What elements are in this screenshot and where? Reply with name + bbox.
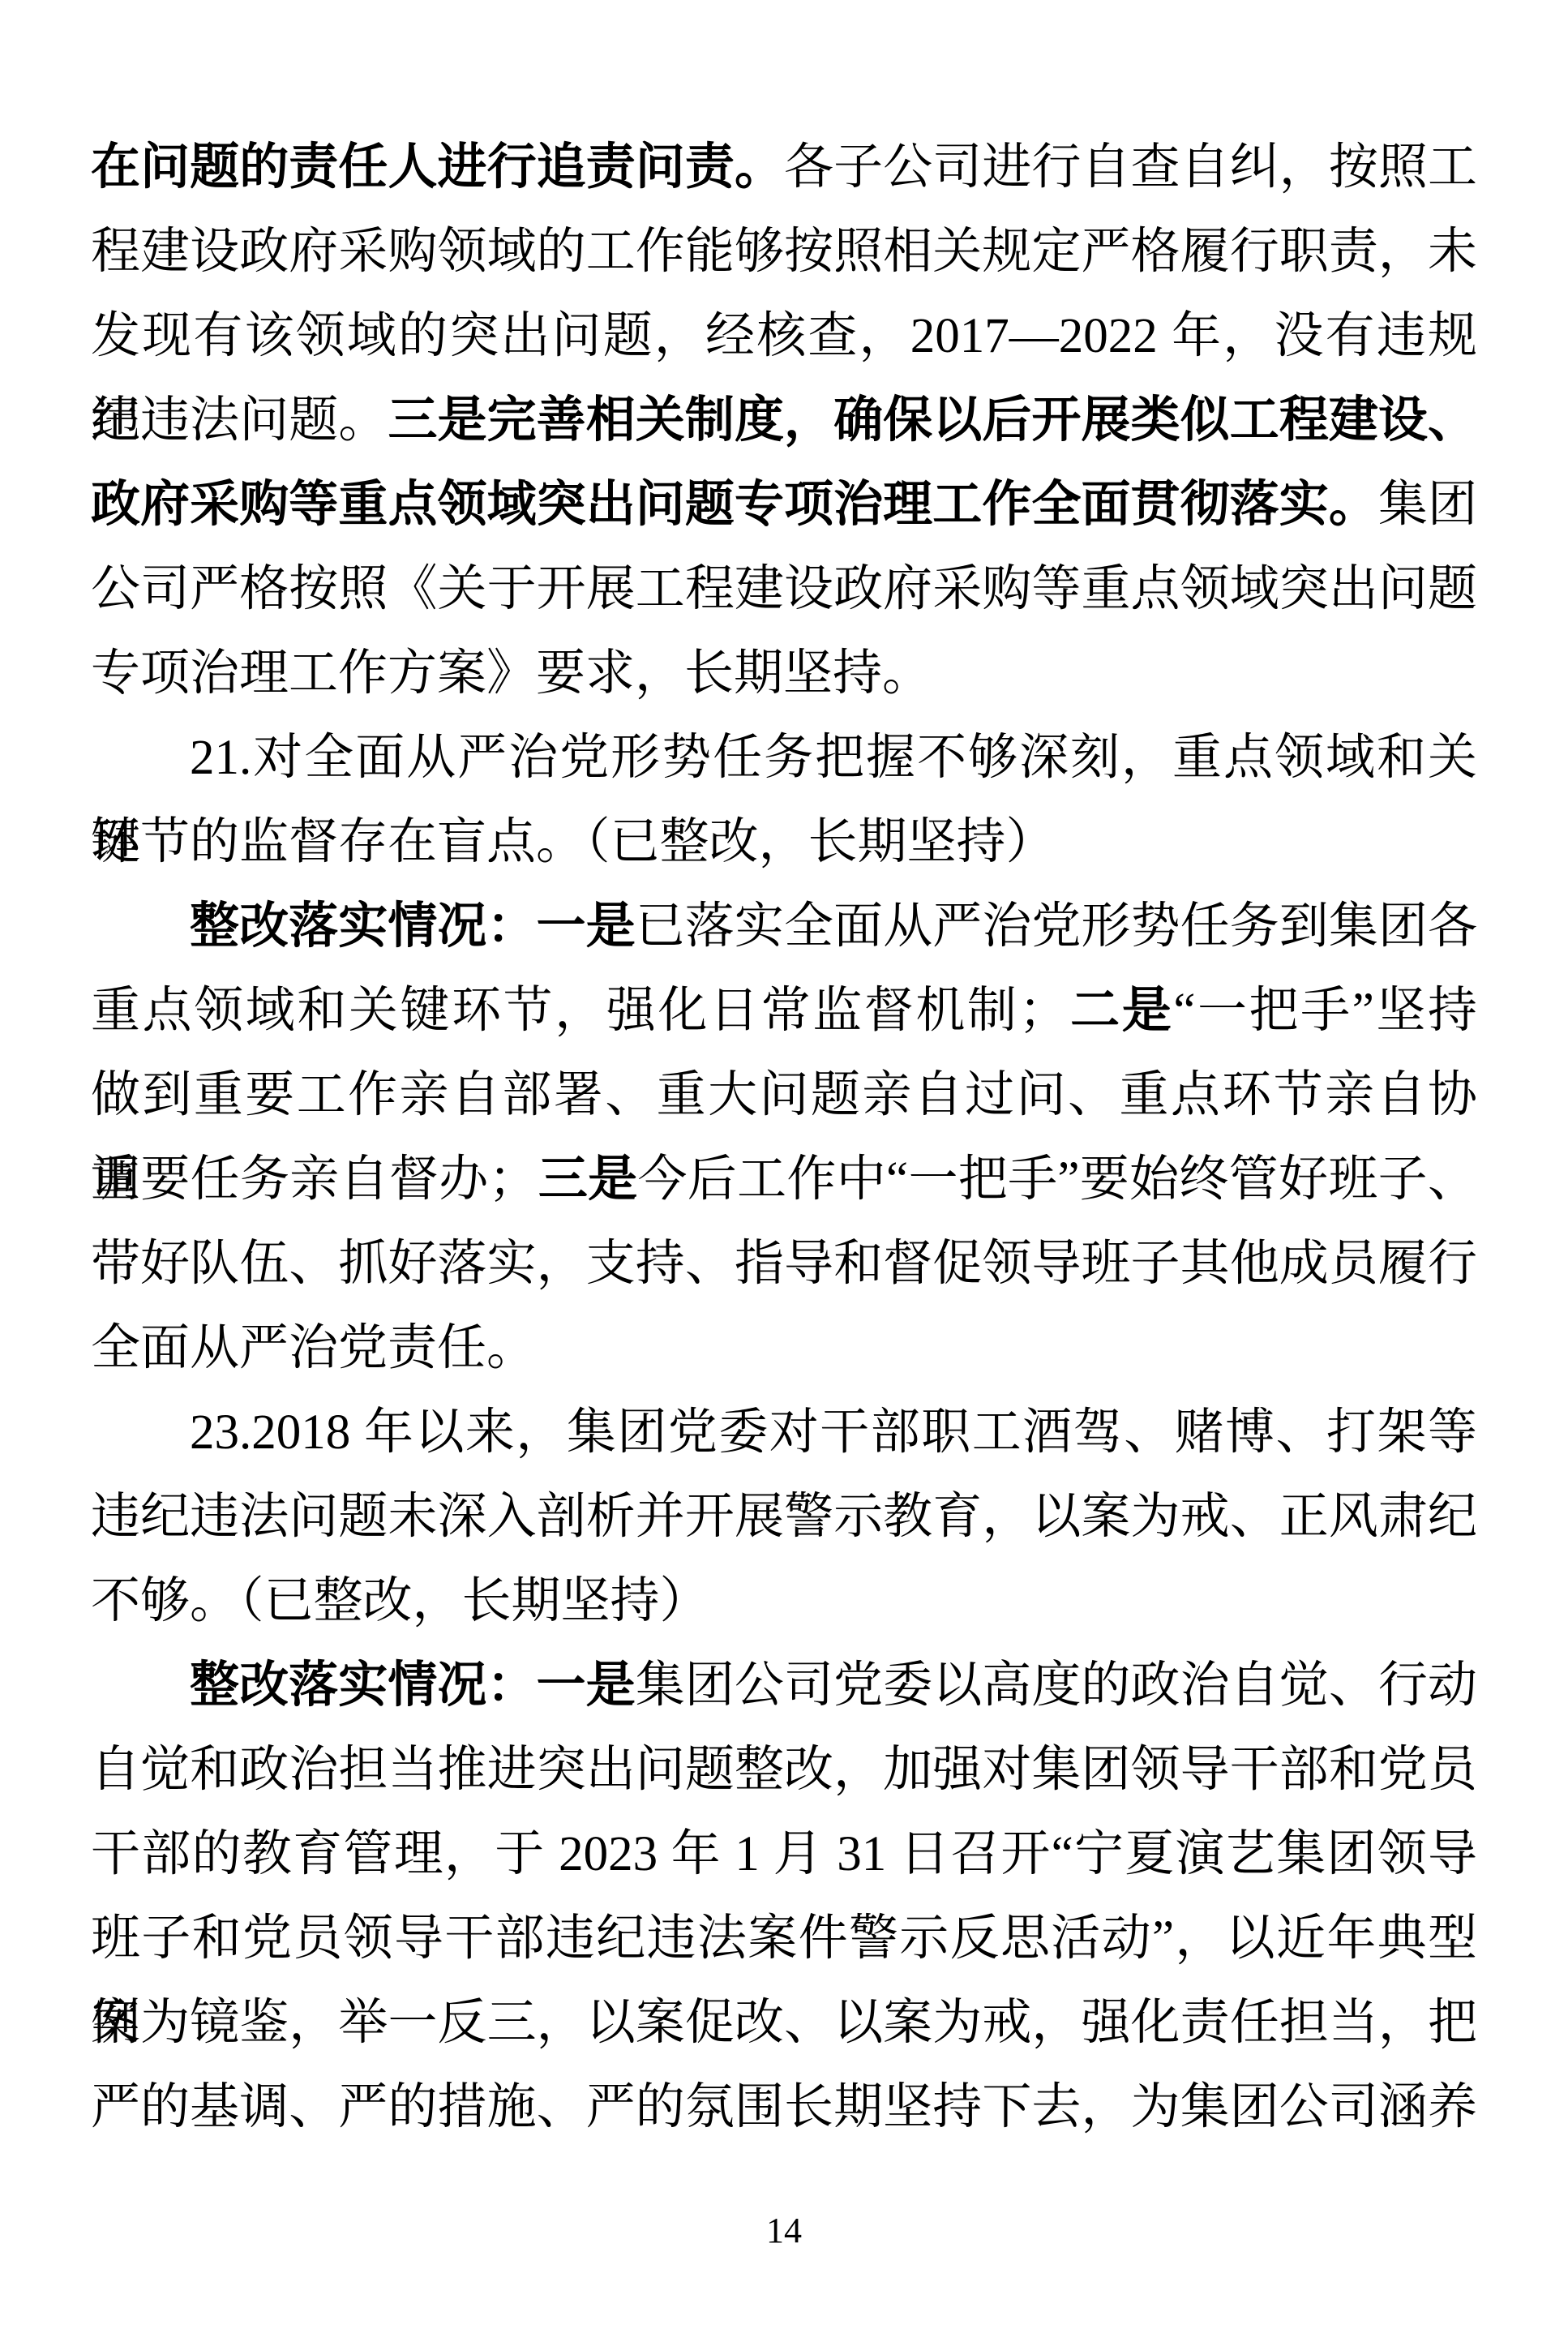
document-body: 在问题的责任人进行追责问责。各子公司进行自查自纠，按照工程建设政府采购领域的工作… (0, 0, 1568, 2150)
text-line: 全面从严治党责任。 (91, 1306, 1477, 1391)
text-line: 班子和党员领导干部违纪违法案件警示反思活动”，以近年典型案 (91, 1897, 1477, 1981)
text-segment: 不够。（已整改，长期坚持） (91, 1574, 709, 1628)
text-line: 整改落实情况：一是已落实全面从严治党形势任务到集团各 (91, 885, 1477, 969)
text-segment: 违纪违法问题未深入剖析并开展警示教育，以案为戒、正风肃纪 (91, 1490, 1477, 1544)
text-segment: 重要任务亲自督办； (91, 1152, 538, 1207)
text-segment: 程建设政府采购领域的工作能够按照相关规定严格履行职责，未 (91, 225, 1477, 279)
text-line: 干部的教育管理，于 2023 年 1 月 31 日召开“宁夏演艺集团领导 (91, 1812, 1477, 1897)
text-line: 整改落实情况：一是集团公司党委以高度的政治自觉、行动 (91, 1644, 1477, 1728)
text-line: 公司严格按照《关于开展工程建设政府采购等重点领域突出问题 (91, 547, 1477, 632)
text-segment: 干部的教育管理，于 2023 年 1 月 31 日召开“宁夏演艺集团领导 (91, 1827, 1477, 1881)
text-line: 做到重要工作亲自部署、重大问题亲自过问、重点环节亲自协调、 (91, 1053, 1477, 1138)
text-segment: 自觉和政治担当推进突出问题整改，加强对集团领导干部和党员 (91, 1743, 1477, 1797)
text-segment: 纪违法问题。 (91, 393, 388, 448)
text-line: 在问题的责任人进行追责问责。各子公司进行自查自纠，按照工 (91, 126, 1477, 210)
text-segment: 全面从严治党责任。 (91, 1321, 536, 1375)
bold-text-segment: 三是 (538, 1152, 638, 1207)
text-segment: 23.2018 年以来，集团党委对干部职工酒驾、赌博、打架等 (190, 1405, 1477, 1460)
text-line: 重点领域和关键环节，强化日常监督机制；二是“一把手”坚持 (91, 969, 1477, 1053)
text-line: 程建设政府采购领域的工作能够按照相关规定严格履行职责，未 (91, 210, 1477, 294)
text-line: 23.2018 年以来，集团党委对干部职工酒驾、赌博、打架等 (91, 1391, 1477, 1475)
text-line: 21.对全面从严治党形势任务把握不够深刻，重点领域和关键 (91, 716, 1477, 800)
document-page: 在问题的责任人进行追责问责。各子公司进行自查自纠，按照工程建设政府采购领域的工作… (0, 0, 1568, 2342)
bold-text-segment: 在问题的责任人进行追责问责。 (91, 140, 784, 195)
bold-text-segment: 整改落实情况：一是 (190, 899, 636, 954)
text-segment: 重点领域和关键环节，强化日常监督机制； (91, 984, 1069, 1038)
text-line: 带好队伍、抓好落实，支持、指导和督促领导班子其他成员履行 (91, 1222, 1477, 1306)
text-line: 政府采购等重点领域突出问题专项治理工作全面贯彻落实。集团 (91, 463, 1477, 547)
page-number: 14 (0, 2207, 1568, 2255)
text-segment: “一把手”坚持 (1173, 984, 1477, 1038)
text-segment: 专项治理工作方案》要求，长期坚持。 (91, 646, 932, 701)
text-segment: 各子公司进行自查自纠，按照工 (784, 140, 1477, 195)
text-line: 纪违法问题。三是完善相关制度，确保以后开展类似工程建设、 (91, 379, 1477, 463)
text-segment: 今后工作中“一把手”要始终管好班子、 (637, 1152, 1477, 1207)
bold-text-segment: 二是 (1069, 984, 1174, 1038)
text-line: 环节的监督存在盲点。（已整改，长期坚持） (91, 800, 1477, 885)
text-line: 发现有该领域的突出问题，经核查，2017—2022 年，没有违规违 (91, 294, 1477, 379)
text-line: 严的基调、严的措施、严的氛围长期坚持下去，为集团公司涵养 (91, 2065, 1477, 2150)
text-line: 重要任务亲自督办；三是今后工作中“一把手”要始终管好班子、 (91, 1138, 1477, 1222)
text-segment: 环节的监督存在盲点。（已整改，长期坚持） (91, 815, 1056, 869)
text-segment: 已落实全面从严治党形势任务到集团各 (636, 899, 1477, 954)
bold-text-segment: 三是完善相关制度，确保以后开展类似工程建设、 (388, 393, 1477, 448)
text-segment: 严的基调、严的措施、严的氛围长期坚持下去，为集团公司涵养 (91, 2080, 1477, 2134)
text-line: 专项治理工作方案》要求，长期坚持。 (91, 632, 1477, 716)
text-line: 违纪违法问题未深入剖析并开展警示教育，以案为戒、正风肃纪 (91, 1475, 1477, 1559)
text-line: 例为镜鉴，举一反三，以案促改、以案为戒，强化责任担当，把 (91, 1981, 1477, 2065)
text-segment: 带好队伍、抓好落实，支持、指导和督促领导班子其他成员履行 (91, 1237, 1477, 1291)
text-segment: 集团 (1378, 478, 1477, 532)
bold-text-segment: 整改落实情况：一是 (190, 1658, 636, 1713)
bold-text-segment: 政府采购等重点领域突出问题专项治理工作全面贯彻落实。 (91, 478, 1378, 532)
text-segment: 公司严格按照《关于开展工程建设政府采购等重点领域突出问题 (91, 562, 1477, 616)
text-line: 自觉和政治担当推进突出问题整改，加强对集团领导干部和党员 (91, 1728, 1477, 1812)
text-segment: 集团公司党委以高度的政治自觉、行动 (636, 1658, 1477, 1713)
text-line: 不够。（已整改，长期坚持） (91, 1559, 1477, 1644)
text-segment: 例为镜鉴，举一反三，以案促改、以案为戒，强化责任担当，把 (91, 1996, 1477, 2050)
